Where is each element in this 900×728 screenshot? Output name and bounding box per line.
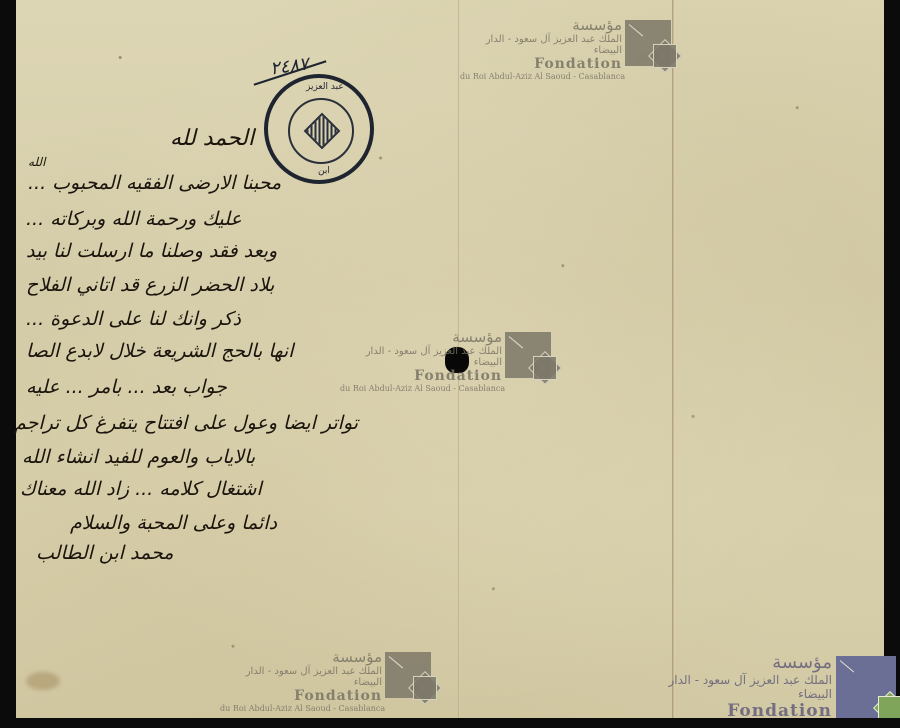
watermark-french-title: Fondation — [340, 368, 502, 384]
manuscript-line: بالاياب والعوم للفيد انشاء الله — [22, 446, 255, 468]
watermark-arabic-subtitle: الملك عبد العزيز آل سعود - الدار البيضاء — [460, 34, 622, 56]
foundation-logo-icon — [385, 652, 431, 698]
watermark-french-subtitle: du Roi Abdul-Aziz Al Saoud - Casablanca — [460, 72, 622, 81]
watermark: مؤسسة الملك عبد العزيز آل سعود - الدار ا… — [340, 328, 560, 393]
watermark-arabic-title: مؤسسة — [460, 16, 622, 34]
manuscript-line: الله — [28, 155, 45, 169]
manuscript-line: عليك ورحمة الله وبركاته ... — [26, 208, 242, 230]
watermark: مؤسسة الملك عبد العزيز آل سعود - الدار ا… — [460, 16, 680, 81]
watermark-french-title: Fondation — [220, 688, 382, 704]
watermark-arabic-subtitle: الملك عبد العزيز آل سعود - الدار البيضاء — [220, 666, 382, 688]
manuscript-line: وبعد فقد وصلنا ما ارسلت لنا بيد — [26, 240, 277, 262]
foundation-logo-icon — [505, 332, 551, 378]
seal-text: ابن — [318, 166, 330, 176]
manuscript-line: تواتر ايضا وعول على افتتاح يتفرغ كل تراج… — [14, 412, 358, 434]
watermark-arabic-title: مؤسسة — [340, 328, 502, 346]
manuscript-line: جواب بعد ... بامر ... عليه — [26, 376, 227, 398]
watermark-french-title: Fondation — [460, 56, 622, 72]
watermark-color: مؤسسة الملك عبد العزيز آل سعود - الدار ا… — [640, 652, 900, 728]
scan-border — [0, 718, 900, 728]
manuscript-line: دائما وعلى المحبة والسلام — [70, 512, 277, 534]
watermark-french-subtitle: du Roi Abdul-Aziz Al Saoud - Casablanca — [340, 384, 502, 393]
manuscript-line: محمد ابن الطالب — [36, 542, 173, 564]
watermark: مؤسسة الملك عبد العزيز آل سعود - الدار ا… — [220, 648, 440, 713]
seal-stamp: عبد العزيز ابن — [264, 74, 374, 184]
watermark-french-subtitle: du Roi Abdul-Aziz Al Saoud - Casablanca — [220, 704, 382, 713]
manuscript-line: اشتغال كلامه ... زاد الله معناك — [20, 478, 262, 500]
manuscript-line: ذكر وانك لنا على الدعوة ... — [26, 308, 241, 330]
foundation-logo-icon — [836, 656, 896, 718]
manuscript-line: بلاد الحضر الزرع قد اتاني الفلاح — [26, 274, 274, 296]
manuscript-line: محبنا الارضى الفقيه المحبوب ... — [28, 172, 281, 194]
watermark-arabic-title: مؤسسة — [220, 648, 382, 666]
watermark-arabic-subtitle: الملك عبد العزيز آل سعود - الدار البيضاء — [340, 346, 502, 368]
manuscript-line: انها بالحج الشريعة خلال لابدع الصا — [26, 340, 294, 362]
manuscript-line: الحمد لله — [170, 126, 254, 151]
watermark-arabic-subtitle: الملك عبد العزيز آل سعود - الدار البيضاء — [640, 673, 832, 701]
foundation-logo-icon — [625, 20, 671, 66]
watermark-arabic-title: مؤسسة — [640, 652, 832, 673]
seal-text: عبد العزيز — [306, 82, 344, 92]
